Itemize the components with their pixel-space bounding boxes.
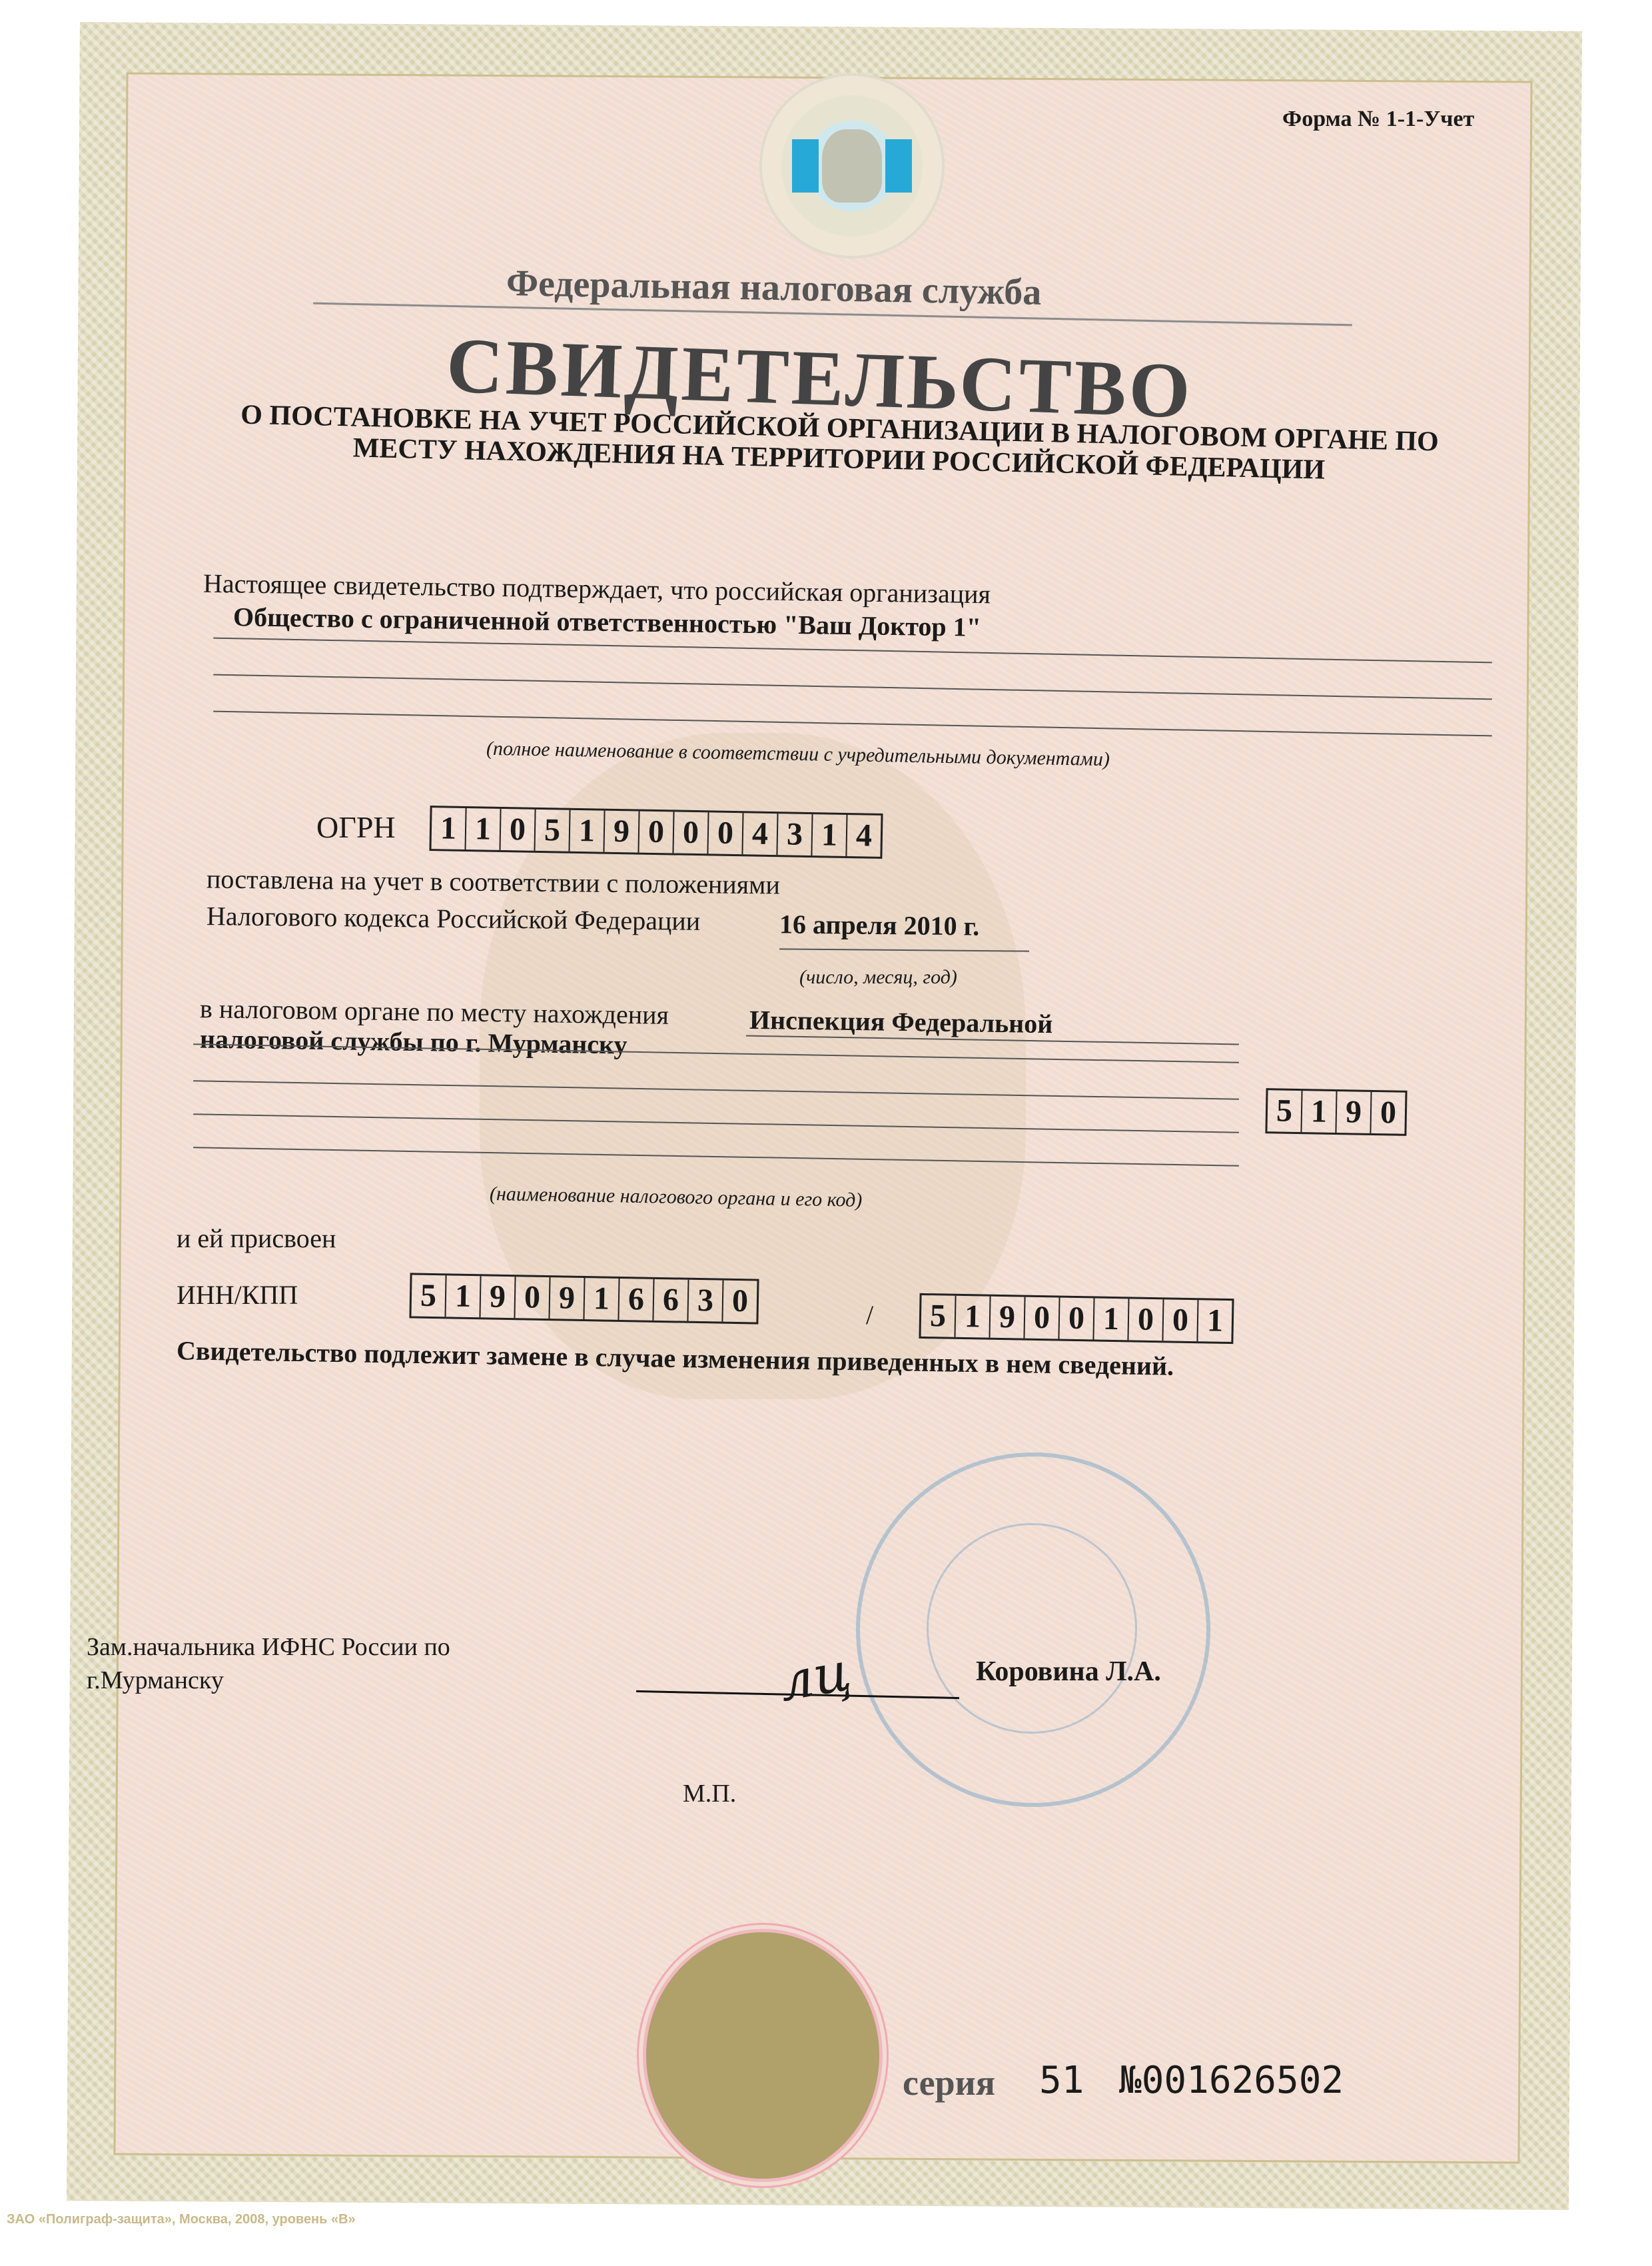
inn-kpp-label: ИНН/КПП <box>177 1279 298 1311</box>
inn-digit: 0 <box>515 1277 550 1319</box>
ogrn-digit: 5 <box>535 810 570 851</box>
stamp-place: М.П. <box>683 1779 736 1808</box>
inn-digit: 5 <box>411 1275 446 1317</box>
inn-digit: 1 <box>584 1278 619 1320</box>
printer-imprint: ЗАО «Полиграф-защита», Москва, 2008, уро… <box>7 2212 356 2227</box>
tax-authority-line-1: Инспекция Федеральной <box>749 1004 1053 1039</box>
hologram-stripe-left <box>792 139 819 193</box>
tax-code-digit: 5 <box>1267 1090 1302 1132</box>
ogrn-digit: 4 <box>743 813 778 855</box>
tax-code-digit: 0 <box>1371 1092 1405 1134</box>
kpp-digit: 1 <box>1198 1300 1232 1342</box>
signer-name: Коровина Л.А. <box>976 1656 1161 1688</box>
inn-digit: 1 <box>446 1275 481 1317</box>
ogrn-label: ОГРН <box>316 810 396 845</box>
inn-kpp-separator: / <box>866 1299 873 1331</box>
kpp-digit: 1 <box>955 1296 991 1338</box>
inn-digit: 3 <box>688 1280 723 1322</box>
date-caption: (число, месяц, год) <box>799 966 957 989</box>
registered-text-1: поставлена на учет в соответствии с поло… <box>206 863 780 900</box>
kpp-digit: 9 <box>990 1297 1025 1339</box>
ogrn-digit: 3 <box>777 814 813 855</box>
ogrn-digit: 1 <box>432 808 467 850</box>
inn-digit: 6 <box>653 1279 689 1321</box>
signer-position-line-2: г.Мурманску <box>87 1666 224 1695</box>
hologram-emblem-icon <box>759 73 945 259</box>
signer-position-line-1: Зам.начальника ИФНС России по <box>87 1632 450 1662</box>
ogrn-digit: 1 <box>570 810 605 852</box>
gold-seal-icon <box>643 1929 883 2182</box>
ogrn-digit: 1 <box>812 814 847 856</box>
ogrn-digit: 0 <box>639 812 674 853</box>
kpp-digit: 0 <box>1025 1297 1060 1339</box>
ogrn-digit: 0 <box>708 812 743 854</box>
ogrn-digit: 9 <box>604 811 639 853</box>
kpp-digit: 0 <box>1128 1299 1164 1341</box>
registered-text-2: Налогового кодекса Российской Федерации <box>206 900 701 937</box>
assigned-label: и ей присвоен <box>177 1223 336 1254</box>
handwritten-signature: лц <box>775 1640 855 1713</box>
tax-authority-line-2: налоговой службы по г. Мурманску <box>200 1023 627 1061</box>
inn-digit: 6 <box>619 1279 654 1321</box>
inn-boxes: 5190916630 <box>409 1273 759 1324</box>
eagle-icon <box>822 129 882 203</box>
series-label: серия <box>903 2062 995 2103</box>
registration-date: 16 апреля 2010 г. <box>779 908 980 941</box>
kpp-digit: 5 <box>921 1295 956 1337</box>
kpp-boxes: 519001001 <box>919 1293 1234 1344</box>
tax-code-digit: 9 <box>1336 1091 1372 1133</box>
ogrn-boxes: 1105190004314 <box>429 806 883 859</box>
ogrn-digit: 4 <box>847 815 881 857</box>
ogrn-digit: 0 <box>673 812 709 853</box>
document-number: №001626502 <box>1119 2059 1344 2102</box>
kpp-digit: 1 <box>1094 1298 1129 1340</box>
form-number: Форма № 1-1-Учет <box>1282 107 1474 132</box>
tax-code-digit: 1 <box>1302 1091 1337 1133</box>
series-value: 51 <box>1039 2059 1084 2102</box>
official-stamp-icon <box>856 1452 1210 1807</box>
ogrn-digit: 1 <box>466 808 502 850</box>
ogrn-digit: 0 <box>500 809 536 851</box>
kpp-digit: 0 <box>1059 1298 1094 1340</box>
hologram-stripe-right <box>885 139 912 193</box>
inn-digit: 9 <box>550 1277 585 1319</box>
inn-digit: 0 <box>723 1281 757 1323</box>
inn-digit: 9 <box>480 1276 516 1318</box>
kpp-digit: 0 <box>1163 1299 1198 1341</box>
tax-authority-code-boxes: 5190 <box>1265 1088 1407 1136</box>
